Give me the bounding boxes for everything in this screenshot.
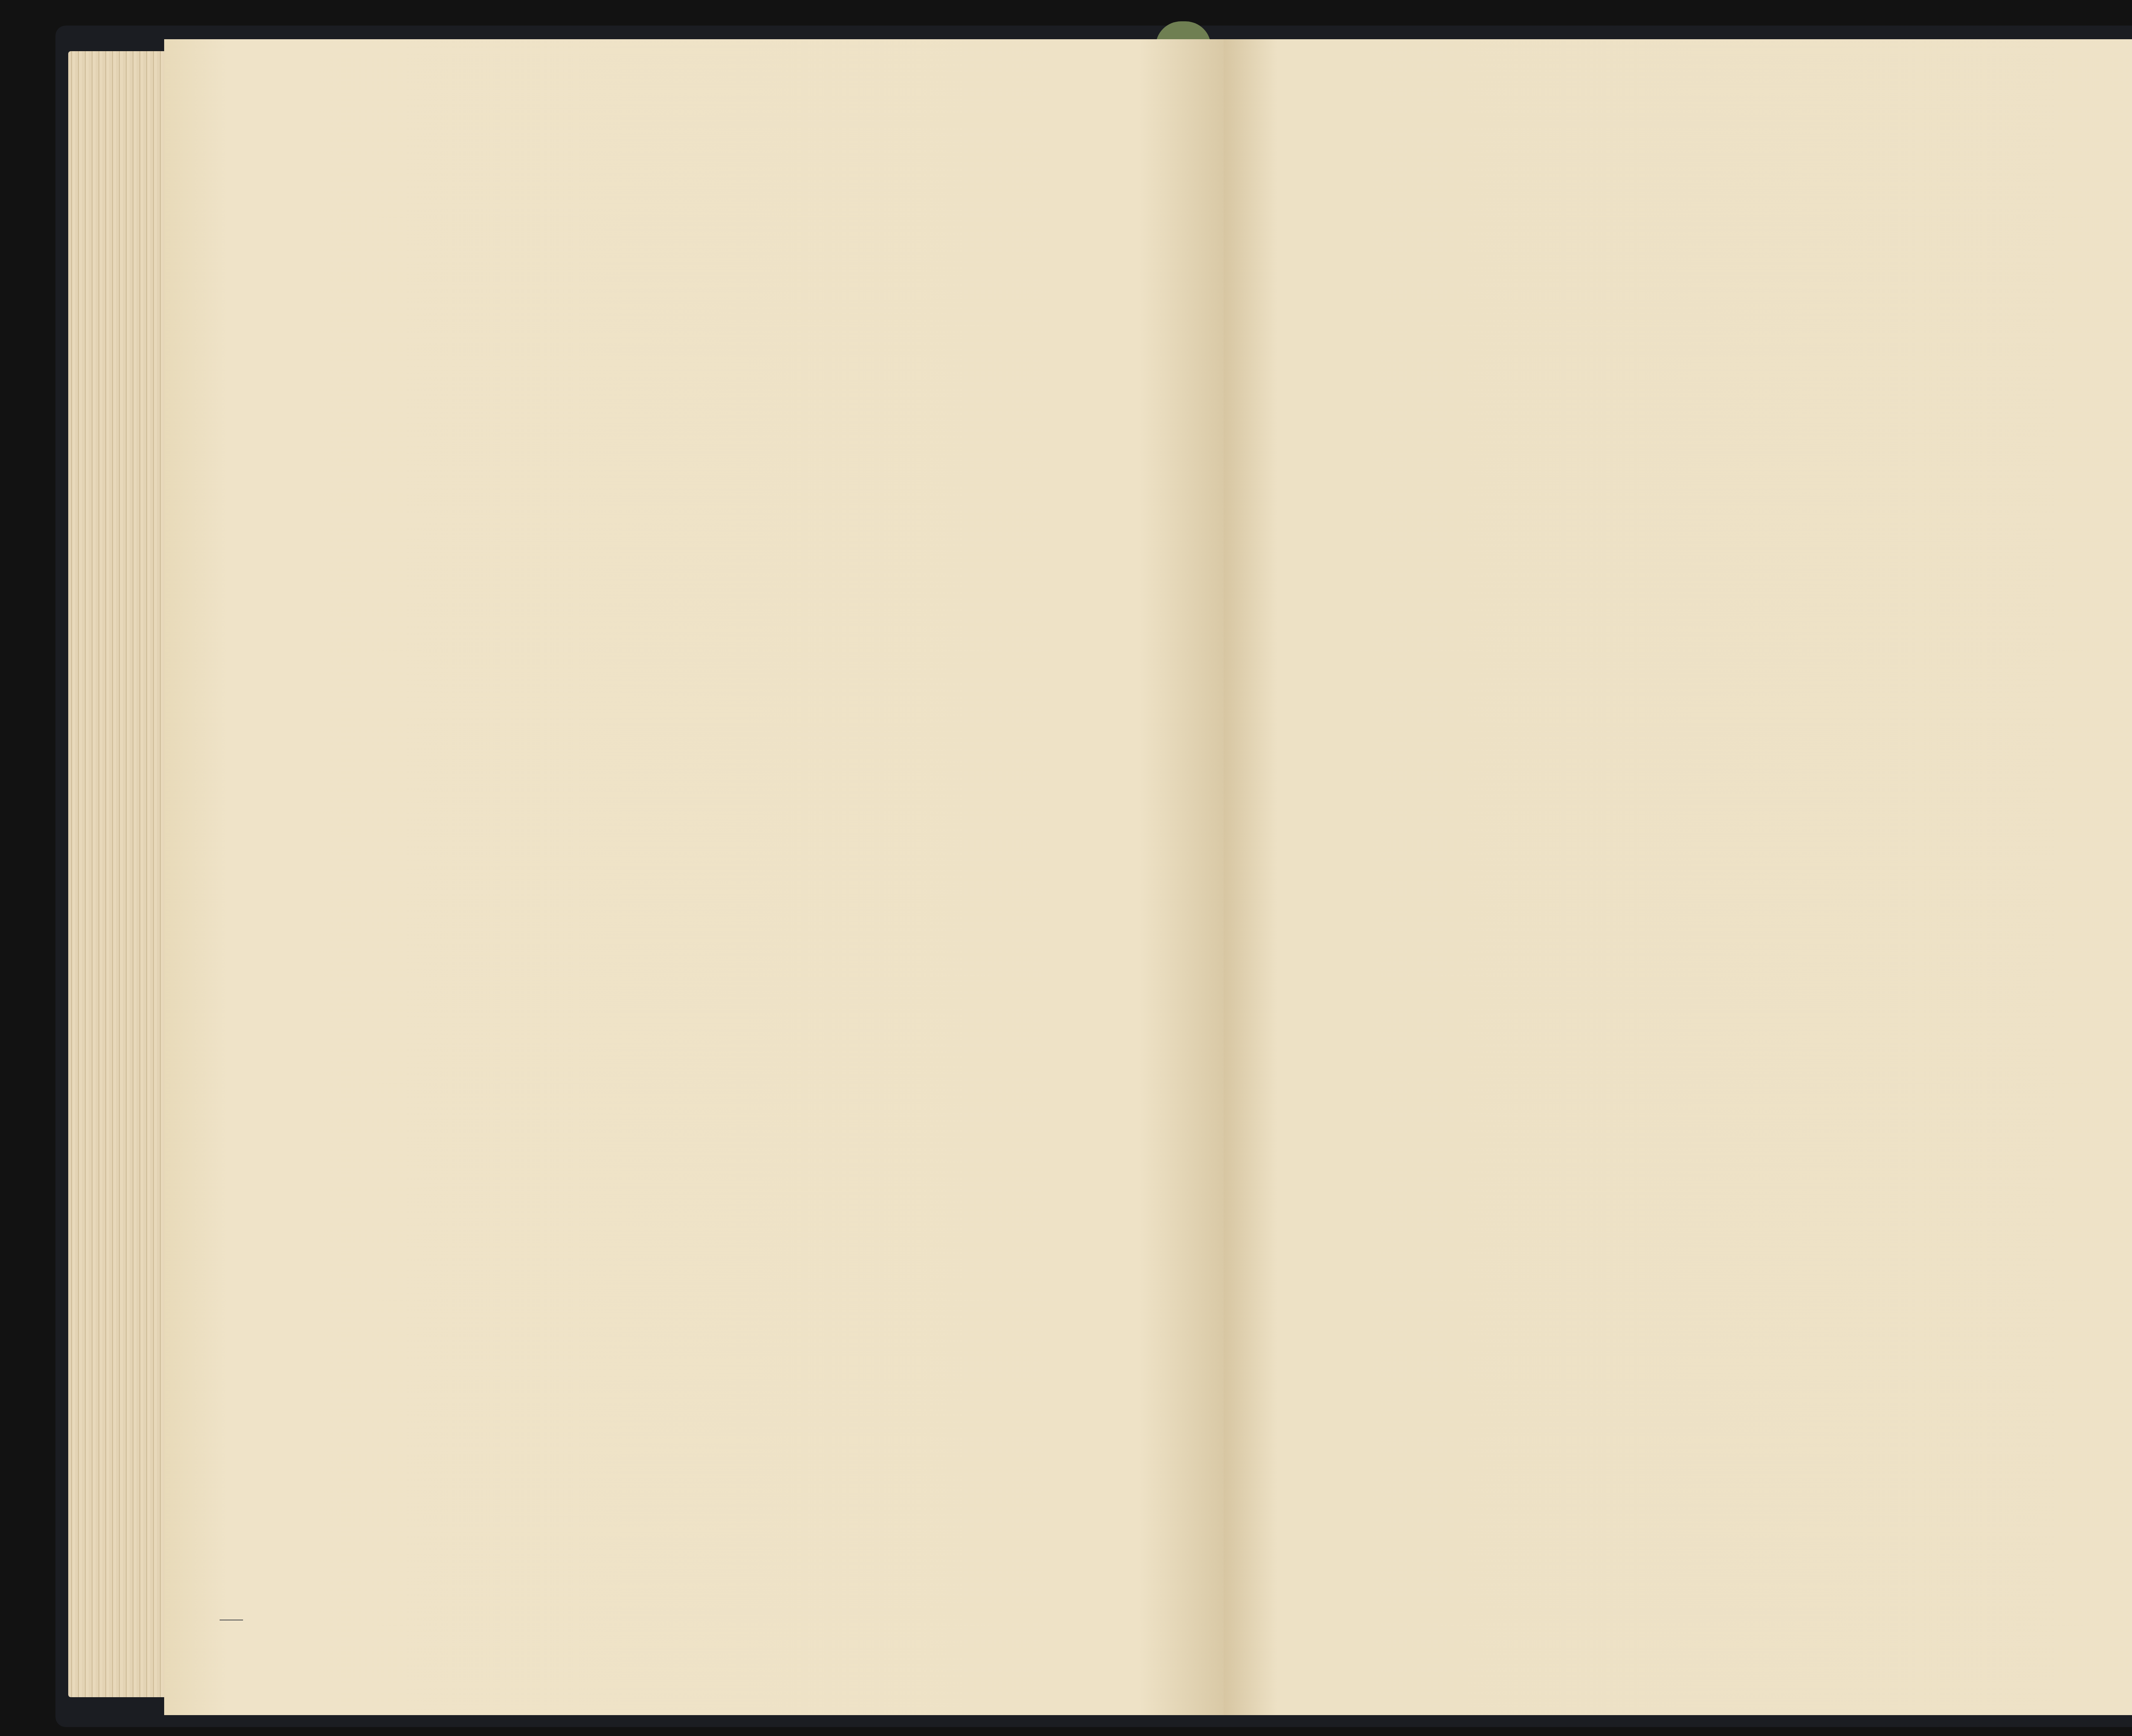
left-page bbox=[164, 39, 1224, 1715]
right-page bbox=[1224, 39, 2132, 1715]
footnote-divider bbox=[220, 1620, 243, 1620]
page-edges bbox=[68, 51, 166, 1697]
